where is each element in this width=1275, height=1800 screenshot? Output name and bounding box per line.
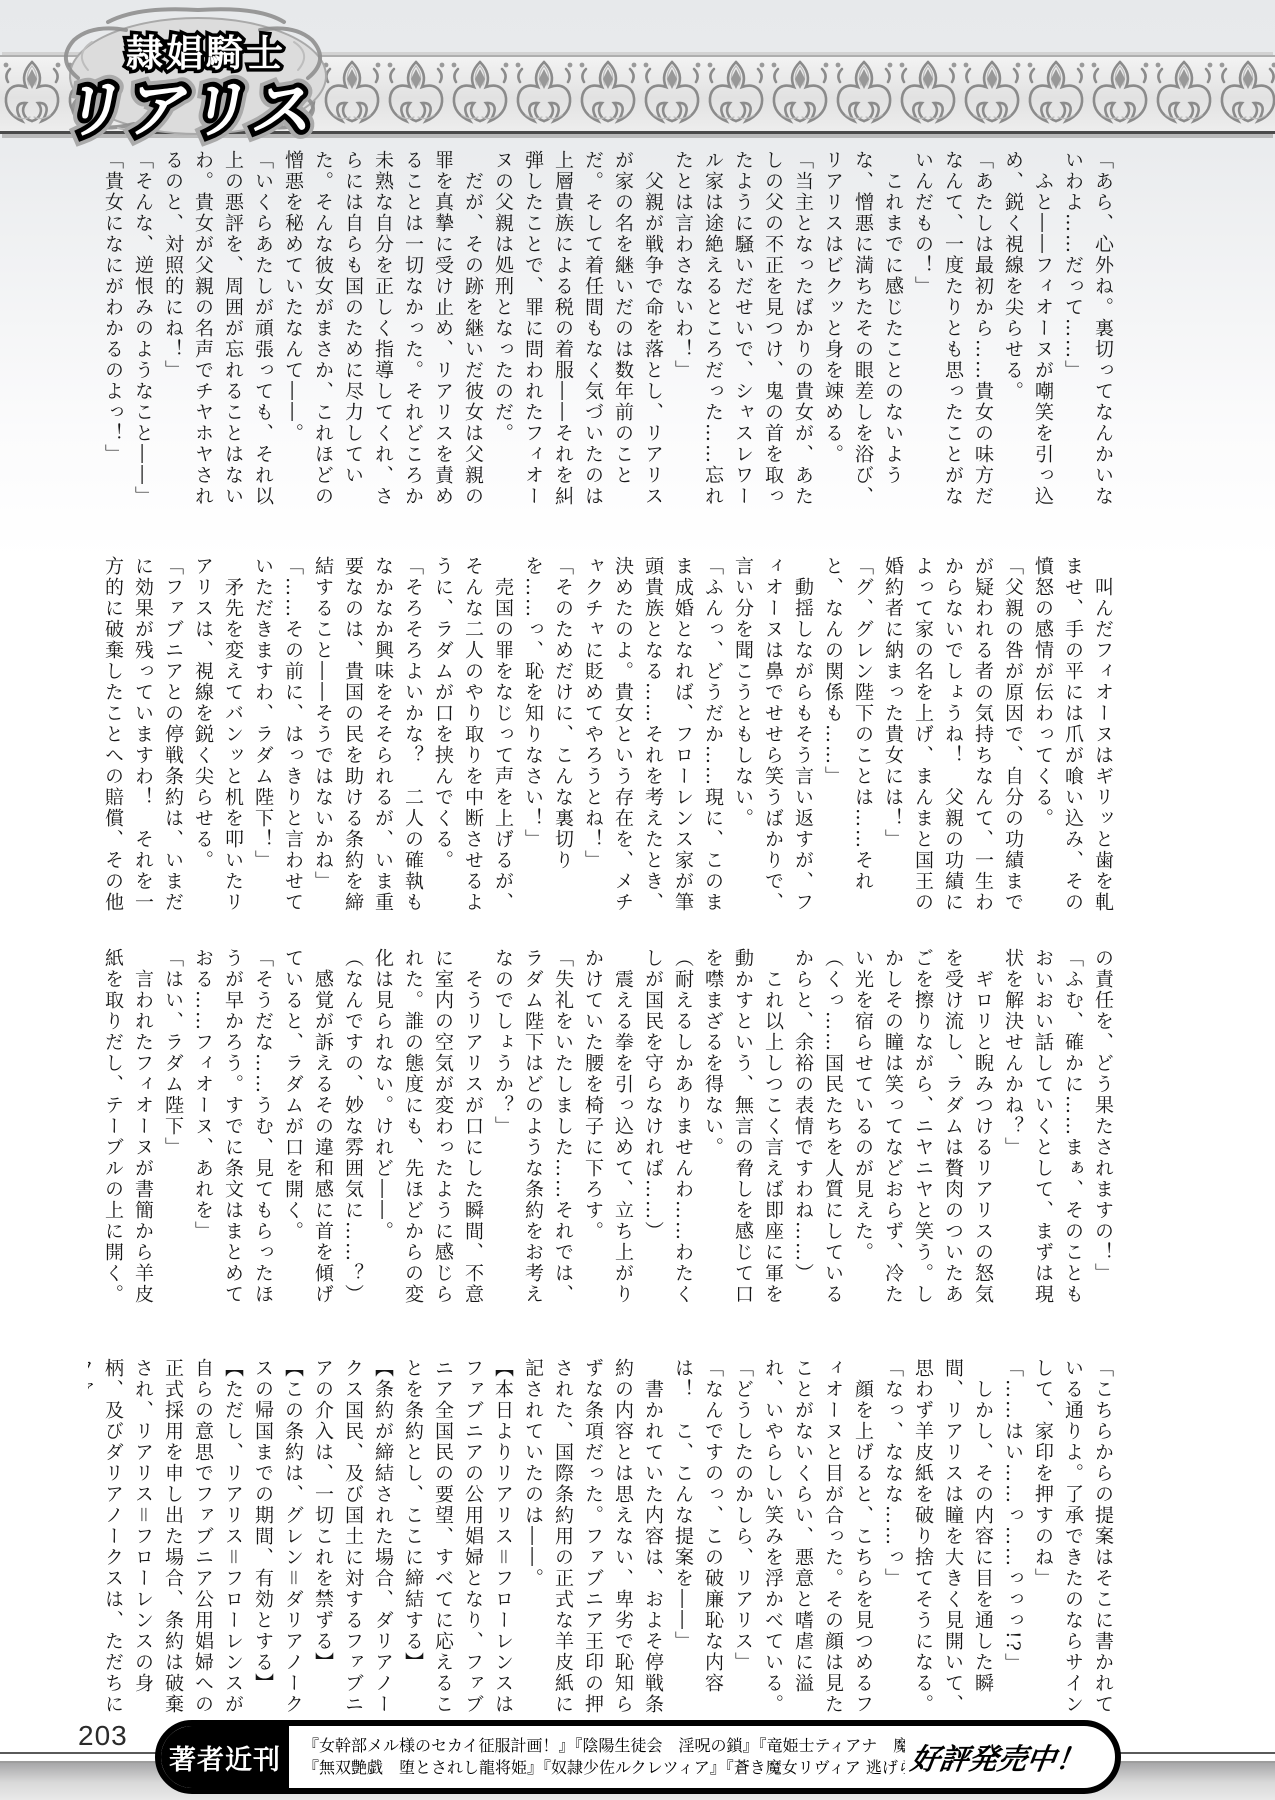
paragraph: 【本日よりリアリス＝フローレンスはファブニアの公用娼婦となり、ファブニア全国民の…: [398, 1358, 518, 1720]
paragraph: 「そろそろよいかな？ 二人の確執もなかなか興味をそそられるが、いま重要なのは、貴…: [308, 556, 428, 914]
paragraph: 書かれていた内容は、およそ停戦条約の内容とは思えない、卑劣で恥知らずな条項だった…: [518, 1358, 668, 1720]
paragraph: 動揺しながらもそう言い返すが、フィオーヌは鼻でせせら笑うばかりで、言い分を聞こう…: [728, 556, 818, 914]
on-sale-badge: 好評発売中！: [902, 1737, 1118, 1778]
paragraph: 顔を上げると、こちらを見つめるフィオーヌと目が合った。その顔は見たことがないくら…: [758, 1358, 878, 1720]
arabesque-tile: [704, 57, 768, 126]
paragraph: これまでに感じたことのないような、憎悪に満ちたその眼差しを浴び、リアリスはビクッ…: [818, 150, 908, 514]
paragraph: 「どうしたのかしら、リアリス」: [728, 1358, 758, 1720]
footer-banner: 著者近刊 『女幹部メル様のセカイ征服計画！』『陰陽生徒会 淫呪の鎖』『竜姫士ティ…: [155, 1720, 1121, 1794]
paragraph: 「父親の咎が原因で、自分の功績までが疑われる者の気持ちなんて、一生わからないでし…: [878, 556, 1028, 914]
paragraph: 「貴女になにがわかるのよっ！」: [98, 150, 128, 514]
series-logo-emblem: 隷娼騎士 リアリス リアリス: [48, 0, 338, 148]
paragraph: 「グ、グレン陛下のことは……それと、なんの関係も……」: [818, 556, 878, 914]
paragraph: 「あら、心外ね。裏切ってなんかいないわよ……だって……」: [1058, 150, 1118, 514]
paragraph: 「こちらからの提案はそこに書かれている通りよ。了承できたのならサインして、家印を…: [1028, 1358, 1118, 1720]
paragraph: の責任を、どう果たされますの！」: [1088, 948, 1118, 1308]
series-logo: 隷娼騎士 リアリス リアリス: [48, 0, 338, 148]
paragraph: ギロリと睨みつけるリアリスの怒気を受け流し、ラダムは贅肉のついたあごを擦りながら…: [848, 948, 998, 1308]
paragraph: 言われたフィオーヌが書簡から羊皮紙を取りだし、テーブルの上に開く。: [98, 948, 158, 1308]
paragraph: 父親が戦争で命を落とし、リアリスが家の名を継いだのは数年前のことだ。そして着任間…: [488, 150, 668, 514]
paragraph: 「そうだな……うむ、見てもらったほうが早かろう。すでに条文はまとめておる……フィ…: [188, 948, 278, 1308]
arabesque-tile: [1216, 57, 1275, 126]
text-band-4: 「こちらからの提案はそこに書かれている通りよ。了承できたのならサインして、家印を…: [88, 1358, 1118, 1720]
text-band-1: 「あら、心外ね。裏切ってなんかいないわよ……だって……」ふと――フィオーヌが嘲笑…: [88, 150, 1118, 514]
page-number: 203: [78, 1720, 128, 1752]
arabesque-tile: [512, 57, 576, 126]
paragraph: （なんですの、妙な雰囲気に……？）: [338, 948, 368, 1308]
footer-book-titles: 『女幹部メル様のセカイ征服計画！』『陰陽生徒会 淫呪の鎖』『竜姫士ティアナ 魔贄…: [289, 1733, 905, 1781]
paragraph: ふと――フィオーヌが嘲笑を引っ込め、鋭く視線を尖らせる。: [998, 150, 1058, 514]
arabesque-tile: [832, 57, 896, 126]
paragraph: 「なんですのっ、この破廉恥な内容は！ こ、こんな提案を――」: [668, 1358, 728, 1720]
paragraph: 【条約が締結された場合、ダリアノークス国民、及び国土に対するファブニアの介入は、…: [308, 1358, 398, 1720]
paragraph: 「失礼をいたしました……それでは、ラダム陛下はどのような条約をお考えなのでしょう…: [488, 948, 578, 1308]
logo-series-title: 隷娼騎士: [126, 32, 286, 75]
magazine-page: { "logo": { "series_title": "隷娼騎士", "tit…: [0, 0, 1275, 1800]
paragraph: 矛先を変えてバンッと机を叩いたリアリスは、視線を鋭く尖らせる。: [188, 556, 248, 914]
arabesque-tile: [1088, 57, 1152, 126]
paragraph: 「……はい……っ……っっっ!?」: [998, 1358, 1028, 1720]
arabesque-tile: [1152, 57, 1216, 126]
paragraph: 「ふむ、確かに……まぁ、そのこともおいおい話していくとして、まずは現状を解決せん…: [998, 948, 1088, 1308]
paragraph: しかし、その内容に目を通した瞬間、リアリスは瞳を大きく見開いて、思わず羊皮紙を破…: [908, 1358, 998, 1720]
paragraph: そうリアリスが口にした瞬間、不意に室内の空気が変わったように感じられた。誰の態度…: [368, 948, 488, 1308]
paragraph: 感覚が訴えるその違和感に首を傾げていると、ラダムが口を開く。: [278, 948, 338, 1308]
paragraph: 「……その前に、はっきりと言わせていただきますわ、ラダム陛下！」: [248, 556, 308, 914]
paragraph: 「ふんっ、どうだか……現に、このまま成婚となれば、フローレンス家が筆頭貴族となる…: [578, 556, 728, 914]
arabesque-tile: [768, 57, 832, 126]
footer-label: 著者近刊: [161, 1726, 289, 1788]
arabesque-tile: [640, 57, 704, 126]
arabesque-tile: [960, 57, 1024, 126]
arabesque-tile: [1024, 57, 1088, 126]
paragraph: （耐えるしかありませんわ……わたくしが国民を守らなければ……）: [638, 948, 698, 1308]
text-band-3: の責任を、どう果たされますの！」「ふむ、確かに……まぁ、そのこともおいおい話して…: [88, 948, 1118, 1308]
paragraph: 「そのためだけに、こんな裏切りを……っ、恥を知りなさい！」: [518, 556, 578, 914]
paragraph: 震える拳を引っ込めて、立ち上がりかけていた腰を椅子に下ろす。: [578, 948, 638, 1308]
arabesque-tile: [576, 57, 640, 126]
footer-titles-line1: 『女幹部メル様のセカイ征服計画！』『陰陽生徒会 淫呪の鎖』『竜姫士ティアナ 魔贄…: [303, 1735, 897, 1757]
paragraph: 売国の罪をなじって声を上げるが、そんな二人のやり取りを中断させるように、ラダムが…: [428, 556, 518, 914]
paragraph: 叫んだフィオーヌはギリッと歯を軋ませ、手の平には爪が喰い込み、その憤怒の感情が伝…: [1028, 556, 1118, 914]
arabesque-tile: [384, 57, 448, 126]
paragraph: （くっ……国民たちを人質にしているからと、余裕の表情ですわね……）: [788, 948, 848, 1308]
paragraph: 「なっ、ななな……っ」: [878, 1358, 908, 1720]
paragraph: 【ただし、リアリス＝フローレンスが自らの意思でファブニア公用娼婦への正式採用を申…: [88, 1358, 248, 1720]
logo-title: リアリス: [59, 73, 323, 146]
paragraph: 【この条約は、グレン＝ダリアノークスの帰国までの期間、有効とする】: [248, 1358, 308, 1720]
paragraph: 「あたしは最初から……貴女の味方だなんて、一度たりとも思ったことがないんだもの！…: [908, 150, 998, 514]
paragraph: 「そんな、逆恨みのようなこと――」: [128, 150, 158, 514]
paragraph: 「はい、ラダム陛下」: [158, 948, 188, 1308]
paragraph: これ以上しつこく言えば即座に軍を動かすという、無言の脅しを感じて口を噤まざるを得…: [698, 948, 788, 1308]
footer-titles-line2: 『無双艶戯 堕とされし龍将姫』『奴隷少佐ルクレツィア』『蒼き魔女リヴィア 逃げら…: [303, 1757, 897, 1779]
paragraph: だが、その跡を継いだ彼女は父親の罪を真摯に受け止め、リアリスを責めることは一切な…: [278, 150, 488, 514]
paragraph: 「いくらあたしが頑張っても、それ以上の悪評を、周囲が忘れることはないわ。貴女が父…: [158, 150, 278, 514]
paragraph: 「ファブニアとの停戦条約は、いまだに効果が残っていますわ！ それを一方的に破棄し…: [98, 556, 188, 914]
text-band-2: 叫んだフィオーヌはギリッと歯を軋ませ、手の平には爪が喰い込み、その憤怒の感情が伝…: [88, 556, 1118, 914]
arabesque-tile: [448, 57, 512, 126]
arabesque-tile: [896, 57, 960, 126]
paragraph: 「当主となったばかりの貴女が、あたしの父の不正を見つけ、鬼の首を取ったように騒い…: [668, 150, 818, 514]
